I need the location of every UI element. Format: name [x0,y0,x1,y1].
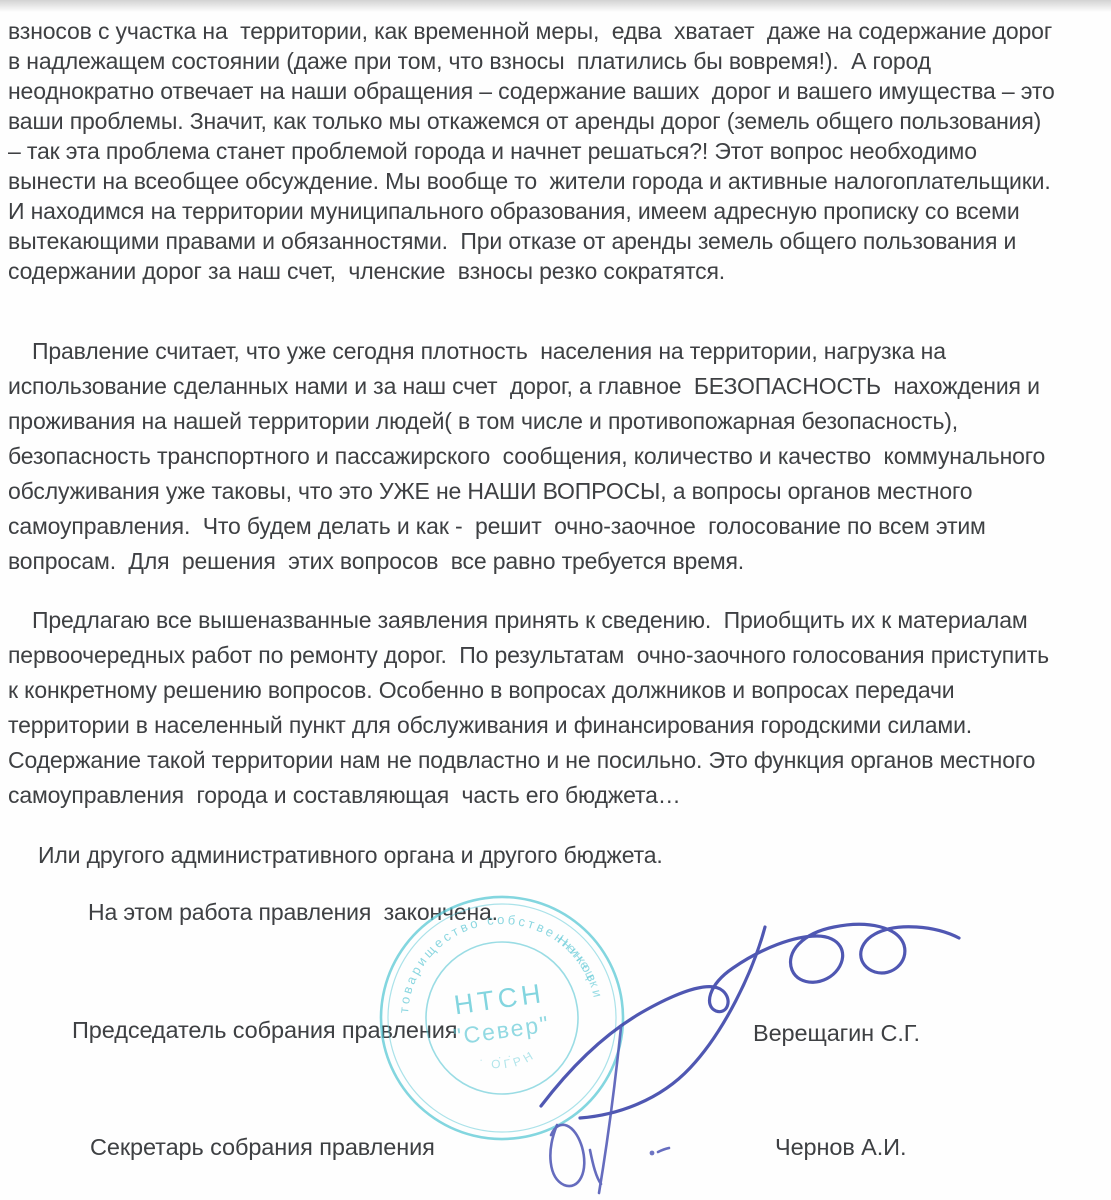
text-line: – так эта проблема станет проблемой горо… [8,136,1055,166]
round-stamp: товарищество собственников Ненецкий ОГРН… [355,871,649,1165]
signature-stroke-small [590,1150,601,1184]
text-line: Содержание такой территории нам не подвл… [8,743,1049,778]
paragraph-2: Правление считает, что уже сегодня плотн… [8,334,1045,579]
text-line: неоднократно отвечает на наши обращения … [8,76,1055,106]
signature-ink-dot [650,1151,655,1156]
text-line: самоуправления города и составляющая час… [8,778,1049,813]
text-line: использование сделанных нами и за наш сч… [8,369,1045,404]
text-line: вынести на всеобщее обсуждение. Мы вообщ… [8,166,1055,196]
text-line: И находимся на территории муниципального… [8,196,1055,226]
signature-stroke-tail [658,1148,669,1152]
text-line: Предлагаю все вышеназванные заявления пр… [8,603,1049,638]
text-line: содержании дорог за наш счет, членские в… [8,256,1055,286]
text-line: в надлежащем состоянии (даже при том, чт… [8,46,1055,76]
text-line: Правление считает, что уже сегодня плотн… [8,334,1045,369]
paragraph-3: Предлагаю все вышеназванные заявления пр… [8,603,1049,813]
signatory-name-chairman: Верещагин С.Г. [753,1016,920,1051]
text-line: вопросам. Для решения этих вопросов все … [8,544,1045,579]
text-line: обслуживания уже таковы, что это УЖЕ не … [8,474,1045,509]
signatory-name-secretary: Чернов А.И. [775,1130,906,1165]
text-line: проживания на нашей территории людей( в … [8,404,1045,439]
text-line: Или другого административного органа и д… [38,838,663,873]
round-stamp-icon: товарищество собственников Ненецкий ОГРН… [355,871,649,1165]
paragraph-4: Или другого административного органа и д… [38,838,663,873]
text-line: взносов с участка на территории, как вре… [8,16,1055,46]
text-line: безопасность транспортного и пассажирско… [8,439,1045,474]
text-line: самоуправления. Что будем делать и как -… [8,509,1045,544]
paragraph-1: взносов с участка на территории, как вре… [8,16,1055,286]
text-line: к конкретному решению вопросов. Особенно… [8,673,1049,708]
text-line: территории в населенный пункт для обслуж… [8,708,1049,743]
text-line: ваши проблемы. Значит, как только мы отк… [8,106,1055,136]
scan-artifact-top [0,0,1111,12]
scanned-document-page: взносов с участка на территории, как вре… [0,0,1111,1200]
text-line: первоочередных работ по ремонту дорог. П… [8,638,1049,673]
text-line: вытекающими правами и обязанностями. При… [8,226,1055,256]
signatory-title-secretary: Секретарь собрания правления [90,1130,435,1165]
